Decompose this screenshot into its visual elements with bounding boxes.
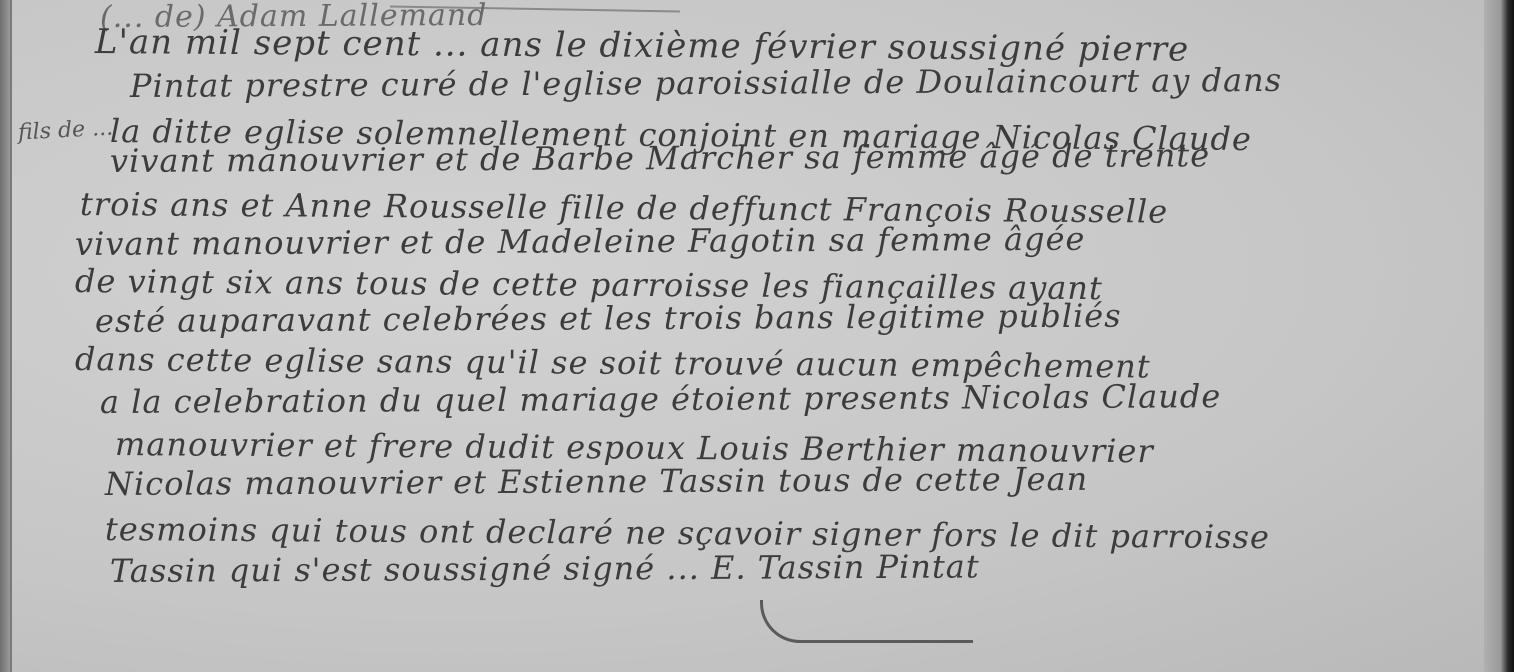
signature-flourish	[760, 600, 973, 643]
page-margin-rule	[10, 0, 12, 672]
margin-annotation: fils de ...	[17, 116, 113, 146]
page-right-edge	[1484, 0, 1514, 672]
text-line: a la celebration du quel mariage étoient…	[100, 377, 1221, 421]
text-line: Nicolas manouvrier et Estienne Tassin to…	[105, 460, 1088, 503]
text-line: Pintat prestre curé de l'eglise paroissi…	[130, 61, 1282, 105]
page-left-edge	[0, 0, 10, 672]
text-line: Tassin qui s'est soussigné signé ... E. …	[110, 547, 980, 590]
text-line: vivant manouvrier et de Madeleine Fagoti…	[75, 220, 1086, 263]
text-line: vivant manouvrier et de Barbe Marcher sa…	[110, 136, 1210, 180]
text-line: esté auparavant celebrées et les trois b…	[95, 297, 1122, 340]
document-scan: fils de ... (... de) Adam LallemandL'an …	[0, 0, 1514, 672]
